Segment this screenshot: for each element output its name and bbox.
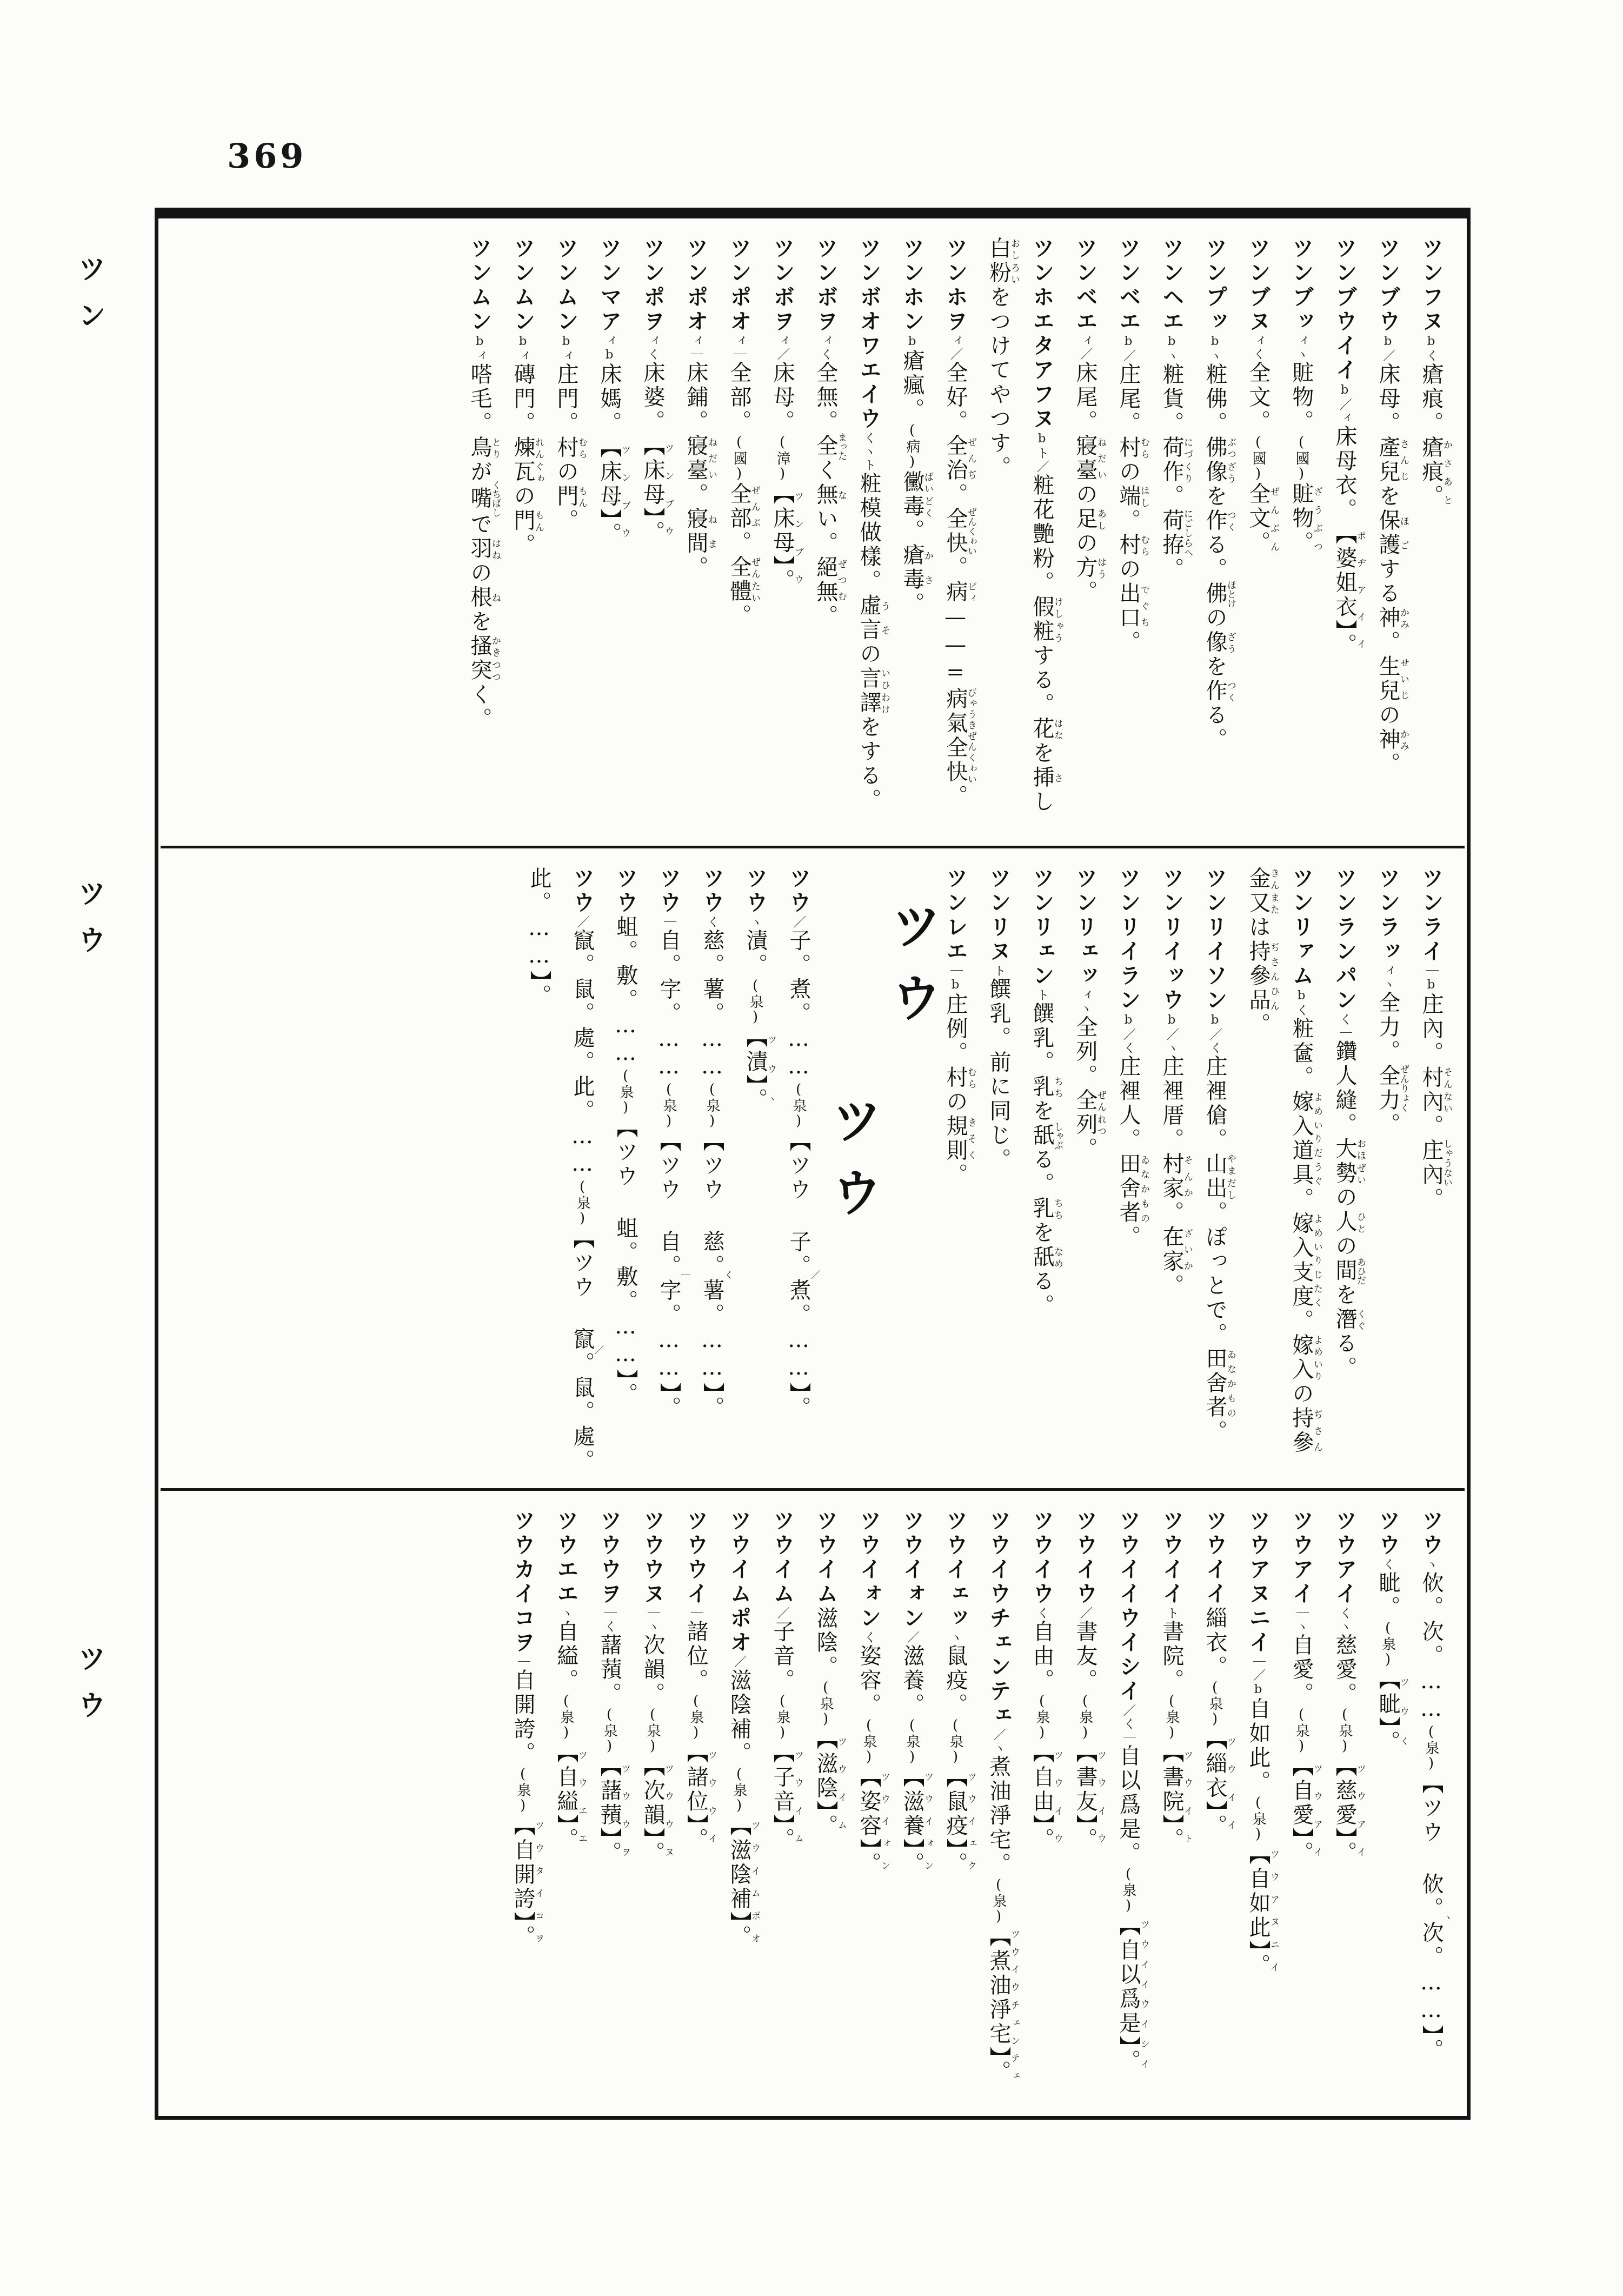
definition-text-with-furigana: 【次韻】。ツウウヌ bbox=[640, 1755, 665, 1866]
definition-text: の bbox=[1202, 606, 1227, 631]
definition-text: は bbox=[1246, 915, 1271, 940]
dictionary-entry: ツウイォンく姿容。(泉)【姿容】。ツウイォン bbox=[847, 1509, 890, 2111]
dictionary-entry: ツウイォン／滋養。(泉)【滋養】。ツウイォン bbox=[890, 1509, 934, 2111]
definition-text: 自愛。 bbox=[1289, 1634, 1314, 1707]
definition-text-with-furigana: 全列ぜんれつ bbox=[1073, 1089, 1097, 1137]
definition-text-with-furigana: 佛像ぶつざう bbox=[1202, 436, 1227, 485]
definition-text-with-furigana: 【書院】。ツウイト bbox=[1159, 1741, 1184, 1852]
dictionary-entry: ツンリァムbく粧奩。嫁入道具よめいりだうぐ。嫁入支度よめいりじたく。嫁入よめいり… bbox=[1236, 867, 1323, 1483]
dialect-marker: (泉) bbox=[1250, 1795, 1266, 1843]
entry-headword: ツンポオ bbox=[683, 237, 709, 334]
entry-headword: ツンボオワエイウ bbox=[856, 237, 882, 432]
definition-text: 自縊。 bbox=[554, 1620, 578, 1693]
definition-text: を bbox=[1375, 485, 1400, 509]
dialect-marker: (泉) bbox=[601, 1707, 617, 1755]
dictionary-entry: ツンランパンく｜鑽人縫。大勢おほぜいの人ひとの間あひだを潛くぐる。 bbox=[1323, 867, 1366, 1483]
dictionary-entry: ツウアイくヽ慈愛。(泉)【慈愛】。ツウアイ bbox=[1323, 1509, 1366, 2111]
entry-tone-marks: ／く｜ bbox=[1121, 1704, 1135, 1744]
entry-definition: 瘡瘋。(病)黴毒ばいどく。瘡毒かさ。 bbox=[900, 349, 924, 616]
definition-text-with-furigana: 【自由】。ツウイウ bbox=[1029, 1741, 1054, 1852]
definition-text-with-furigana: 嫁入道具よめいりだうぐ bbox=[1289, 1090, 1314, 1187]
entry-headword: ツウイォン bbox=[900, 1509, 925, 1631]
entry-headword: ツウイェッ bbox=[943, 1509, 968, 1631]
definition-text: 。 bbox=[943, 556, 968, 580]
definition-text: 鼠疫。 bbox=[943, 1644, 968, 1717]
definition-text: 。ぽっとで。 bbox=[1202, 1201, 1227, 1347]
definition-text: く bbox=[813, 459, 838, 483]
definition-text-with-furigana: 大勢おほぜい bbox=[1332, 1137, 1357, 1186]
entry-tone-marks: ト bbox=[1035, 988, 1049, 1002]
definition-text-with-furigana: 根ね bbox=[467, 586, 492, 610]
dictionary-entry: ツンリイランb／く庄裡人。田舍者ゐなかもの。 bbox=[1107, 867, 1150, 1483]
definition-text-with-furigana: 全快ぜんくゎい bbox=[943, 507, 968, 556]
dialect-marker: (泉) bbox=[558, 1693, 574, 1741]
definition-text-with-furigana: 病氣全快びゃうきぜんくゎい bbox=[943, 687, 968, 785]
entry-headword: ツンプッ bbox=[1202, 237, 1228, 334]
entry-headword: ツンリイラン bbox=[1116, 867, 1141, 1013]
definition-text: 床媽。 bbox=[597, 363, 622, 436]
entry-headword: ツンラッ bbox=[1375, 867, 1401, 964]
definition-text-with-furigana: 保護ほご bbox=[1375, 509, 1400, 558]
dictionary-entry: ツウウヌ｜ヽ次韻。(泉)【次韻】。ツウウヌ bbox=[631, 1509, 674, 2111]
entry-tone-marks: ィく bbox=[1251, 334, 1265, 361]
dictionary-entry: ツンプッbヽ粧佛。佛像ぶつざうを作つくる。佛ほとけの像ざうを作つくる。 bbox=[1193, 237, 1236, 840]
dialect-marker: (泉) bbox=[774, 1693, 790, 1741]
entry-tone-marks: く｜ bbox=[1338, 1013, 1352, 1040]
entry-tone-marks: ィヽ bbox=[1078, 988, 1092, 1016]
entry-tone-marks: ト bbox=[992, 964, 1006, 978]
definition-text: 。 bbox=[1116, 509, 1141, 533]
entry-headword: ツンブッ bbox=[1289, 237, 1314, 334]
entry-tone-marks: ヽ bbox=[748, 915, 762, 929]
dictionary-entry: ツンブウイイb／ィ床母衣。【婆姐衣】。ポヂアイイ bbox=[1323, 237, 1366, 840]
entry-definition: 床媽。【床母】。ツンブウ bbox=[597, 363, 622, 547]
dictionary-entry: ツンホンb瘡瘋。(病)黴毒ばいどく。瘡毒かさ。 bbox=[890, 237, 934, 840]
dialect-marker: (泉) bbox=[1293, 1707, 1309, 1755]
dictionary-entry: ツンボヲィ／床母。(漳)【床母】。ツンブウ bbox=[761, 237, 804, 840]
dictionary-entry: ツンライ｜b庄內。村內そんない。庄內しゃうない。 bbox=[1409, 867, 1453, 1483]
entry-headword: ツンポヲ bbox=[640, 237, 666, 334]
definition-text: 慈。薯。…… bbox=[700, 929, 724, 1081]
dictionary-entry: ツウ／子。煮。……(泉)【ツウ 子。煮。……】。／ bbox=[777, 867, 820, 1483]
entry-tone-marks: b／ィ bbox=[1338, 383, 1352, 425]
entry-headword: ツウカイコヲ bbox=[510, 1509, 536, 1655]
entry-definition: 床母。產兒さんじを保護ほごする神かみ。生兒せいじの神かみ。 bbox=[1375, 363, 1400, 777]
definition-text-with-furigana: 白粉おしろい bbox=[986, 237, 1011, 286]
definition-text-with-furigana: 人ひと bbox=[1332, 1210, 1357, 1235]
entry-definition: 姿容。(泉)【姿容】。ツウイォン bbox=[856, 1644, 881, 1876]
definition-text: 全無。 bbox=[813, 361, 838, 434]
entry-headword: ツンリェン bbox=[1029, 867, 1055, 988]
definition-text: 庄門。 bbox=[554, 363, 578, 436]
entry-headword: ツンランパン bbox=[1332, 867, 1358, 1013]
dictionary-entry: ツウイイト書院。(泉)【書院】。ツウイト bbox=[1150, 1509, 1193, 2111]
definition-text-with-furigana: 【滋陰補】。ツウイムポオ bbox=[727, 1814, 751, 1949]
definition-text: 床母。 bbox=[770, 361, 795, 434]
entry-definition: 子音。(泉)【子音】。ツウイム bbox=[770, 1620, 795, 1852]
entry-tone-marks: bト／ bbox=[1035, 432, 1049, 474]
definition-text-with-furigana: 全力ぜんりょく bbox=[1375, 1064, 1400, 1113]
definition-text-with-furigana: 村むら bbox=[1116, 533, 1141, 558]
definition-text-with-furigana: 田舍者ゐなかもの bbox=[1202, 1347, 1227, 1420]
entry-definition: 床母衣。【婆姐衣】。ポヂアイイ bbox=[1332, 425, 1357, 658]
entry-tone-marks: ィ｜ bbox=[732, 334, 746, 361]
entry-definition: 漬。(泉)【漬】。ツウヽ bbox=[743, 929, 768, 1112]
entry-definition: 全無。全まったく無ない。絕無ぜつむ。 bbox=[813, 361, 838, 629]
definition-text-with-furigana: 金又きんまた bbox=[1246, 867, 1271, 915]
definition-text: ——= bbox=[943, 605, 968, 687]
entry-headword: ツンブウ bbox=[1375, 237, 1401, 334]
definition-text-with-furigana: 虛言うそ bbox=[856, 594, 881, 642]
definition-text: 嗒毛。 bbox=[467, 363, 492, 436]
definition-text: る。 bbox=[1029, 1148, 1054, 1197]
definition-text: 漬。 bbox=[743, 929, 768, 978]
definition-text: 床母。 bbox=[1375, 363, 1400, 436]
definition-text-with-furigana: 【自縊】。ツウエエ bbox=[554, 1741, 578, 1852]
entry-headword: ツンレエ bbox=[943, 867, 968, 964]
entry-tone-marks: ヽ bbox=[1424, 1558, 1438, 1571]
definition-text: る。 bbox=[1202, 533, 1227, 582]
entry-tone-marks: ｜ bbox=[516, 1655, 530, 1669]
dictionary-entry: ツンムンbィ磚門。煉瓦れんぐゎの門もん。 bbox=[501, 237, 544, 840]
entry-tone-marks: ／ bbox=[775, 1607, 789, 1620]
dictionary-entry: ツウイム滋陰。(泉)【滋陰】。ツウイム bbox=[804, 1509, 847, 2111]
definition-text: 。 bbox=[1073, 580, 1097, 605]
dialect-marker: (國) bbox=[1293, 434, 1309, 482]
dialect-marker: (泉) bbox=[688, 1693, 704, 1741]
entry-headword: ツンヘエ bbox=[1159, 237, 1185, 334]
definition-text-with-furigana: 【滋陰】。ツウイム bbox=[813, 1728, 838, 1839]
definition-text-with-furigana: 村むら bbox=[943, 1066, 968, 1090]
dialect-marker: (泉) bbox=[574, 1179, 590, 1227]
definition-text: 庄裡厝。 bbox=[1159, 1055, 1184, 1152]
definition-text: の bbox=[943, 1090, 968, 1114]
definition-text: 。 bbox=[1246, 1013, 1271, 1037]
entry-headword: ツンリヌ bbox=[986, 867, 1012, 964]
entry-definition: 庄門。村むらの門もん。 bbox=[554, 363, 578, 533]
definition-text-with-furigana: 【床母】。ツンブウ bbox=[597, 436, 622, 547]
definition-text: 次韻。 bbox=[640, 1634, 665, 1707]
definition-text-with-furigana: 絕無ぜつむ bbox=[813, 556, 838, 605]
section-header-kana: ツウ bbox=[831, 1094, 874, 1239]
definition-text-with-furigana: 出口でぐち bbox=[1116, 582, 1141, 631]
dictionary-entry: ツウイウく自由。(泉)【自由】。ツウイウ bbox=[1020, 1509, 1063, 2111]
dialect-marker: (病) bbox=[904, 422, 920, 470]
definition-text-with-furigana: 規則きそく bbox=[943, 1114, 968, 1163]
definition-text-with-furigana: 村家そんか bbox=[1159, 1152, 1184, 1201]
dictionary-entry: ツウアヌニイ｜／b自如此。(泉)【自如此】。ツウアヌニイ bbox=[1236, 1509, 1280, 2111]
definition-text: 慈愛。 bbox=[1332, 1634, 1357, 1707]
definition-text: 床鋪。 bbox=[683, 361, 708, 434]
dialect-marker: (泉) bbox=[990, 1877, 1007, 1925]
dictionary-entry: ツンホヲィ／全好。全治ぜんぢ。全快ぜんくゎい。病ピィ——=病氣全快びゃうきぜんく… bbox=[934, 237, 977, 840]
entry-definition: 自如此。(泉)【自如此】。ツウアヌニイ bbox=[1246, 1697, 1271, 1978]
entry-tone-marks: bヽ bbox=[1165, 334, 1179, 363]
entry-headword: ツウ bbox=[570, 867, 595, 915]
entry-headword: ツンリイッウ bbox=[1159, 867, 1185, 1013]
entry-definition: 蛆。敷。……(泉)【ツウ 蛆。敷。……】。 bbox=[613, 915, 638, 1407]
definition-text: 床母衣。 bbox=[1332, 425, 1357, 522]
definition-text-with-furigana: 【自如此】。ツウアヌニイ bbox=[1246, 1843, 1271, 1978]
definition-text: 子音。 bbox=[770, 1620, 795, 1693]
definition-text-with-furigana: 嫁入よめいり bbox=[1289, 1333, 1314, 1382]
definition-text: 藷蕷。 bbox=[597, 1634, 622, 1707]
entry-tone-marks: ィヽ bbox=[1294, 334, 1308, 361]
entry-definition: 自由。(泉)【自由】。ツウイウ bbox=[1029, 1620, 1054, 1852]
entry-headword: ツウ bbox=[786, 867, 811, 915]
definition-text: 全列。 bbox=[1073, 1016, 1097, 1089]
entry-headword: ツウアイ bbox=[1289, 1509, 1314, 1607]
definition-text: 庄尾。 bbox=[1116, 363, 1141, 436]
entry-headword: ツウイイウイシイ bbox=[1116, 1509, 1141, 1704]
definition-text-with-furigana: 【滋養】。ツウイォン bbox=[900, 1766, 924, 1876]
dictionary-entry: ツンリェッィヽ全列。全列ぜんれつ。 bbox=[1063, 867, 1107, 1483]
entry-headword: ツウウヲ bbox=[597, 1509, 622, 1607]
entry-tone-marks: ト bbox=[1165, 1607, 1179, 1620]
definition-text: 。 bbox=[1419, 1114, 1444, 1139]
entry-headword: ツンムン bbox=[510, 237, 536, 334]
definition-text-with-furigana: 山出やまだし bbox=[1202, 1152, 1227, 1201]
dialect-marker: (泉) bbox=[1336, 1707, 1353, 1755]
definition-text: 。 bbox=[1159, 1201, 1184, 1225]
entry-tone-marks: b／ヽ bbox=[1165, 1013, 1179, 1055]
definition-text-with-furigana: 瘡痕。かさあと bbox=[1419, 436, 1444, 509]
entry-tone-marks: ｜ヽ bbox=[646, 1607, 660, 1634]
entry-definition: 粧模做樣。虛言うその言譯いひわけをする。 bbox=[856, 472, 881, 813]
entry-headword: ツンフヌ bbox=[1419, 237, 1444, 334]
definition-text: 。 bbox=[510, 533, 535, 558]
definition-text: を bbox=[1202, 485, 1227, 509]
definition-text: 庄裡傖。 bbox=[1202, 1055, 1227, 1152]
definition-text: の bbox=[1073, 483, 1097, 507]
entry-tone-marks: ／ bbox=[732, 1655, 746, 1669]
dictionary-entry: ツウく眦。(泉)【眦】。ツウく bbox=[1366, 1509, 1409, 2111]
definition-text: の bbox=[510, 485, 535, 509]
definition-text: 。 bbox=[1073, 1137, 1097, 1162]
definition-text-with-furigana: 在家ざいか bbox=[1159, 1225, 1184, 1274]
dialect-marker: (國) bbox=[731, 434, 747, 482]
definition-text: 。 bbox=[1375, 1113, 1400, 1137]
definition-text-with-furigana: 持參ぢさん bbox=[1289, 1406, 1314, 1455]
definition-text-with-furigana: 瘡毒かさ bbox=[900, 543, 924, 592]
definition-text-with-furigana: 寢間ねま bbox=[683, 507, 708, 556]
definition-text-with-furigana: 【慈愛】。ツウアイ bbox=[1332, 1755, 1357, 1866]
dialect-marker: (泉) bbox=[515, 1766, 531, 1814]
entry-tone-marks: くヽ bbox=[1338, 1607, 1352, 1634]
dictionary-entry: ツウイイウイシイ／く｜自以爲是。(泉)【自以爲是】。ツウイイウイシイ bbox=[1107, 1509, 1150, 2111]
definition-text: をつけてやつす。 bbox=[986, 286, 1011, 480]
definition-text: し bbox=[1029, 790, 1054, 814]
dictionary-entry: ツウイイ緇衣。(泉)【緇衣】。ツウイイ bbox=[1193, 1509, 1236, 2111]
definition-text-with-furigana: 【ツウ 佽。次。……】。ヽ bbox=[1419, 1772, 1444, 2063]
entry-headword: ツウ bbox=[700, 867, 725, 915]
definition-text: 佽。次。…… bbox=[1419, 1571, 1444, 1724]
entry-headword: ツウイイ bbox=[1159, 1509, 1185, 1607]
dialect-marker: (泉) bbox=[747, 978, 763, 1026]
entry-tone-marks: ｜b bbox=[948, 964, 962, 993]
entry-headword: ツンライ bbox=[1419, 867, 1444, 964]
entry-tone-marks: ィ｜ bbox=[689, 334, 703, 361]
definition-text: 饌乳。 bbox=[986, 978, 1011, 1051]
definition-text: 磚門。 bbox=[510, 363, 535, 436]
entry-headword: ツウ bbox=[1375, 1509, 1401, 1558]
entry-headword: ツウ bbox=[1419, 1509, 1444, 1558]
definition-text: 。 bbox=[943, 785, 968, 809]
entry-tone-marks: ／ bbox=[791, 915, 806, 929]
definition-text-with-furigana: 羽はね bbox=[467, 537, 492, 561]
dictionary-entry: ツンブウb／床母。產兒さんじを保護ほごする神かみ。生兒せいじの神かみ。 bbox=[1366, 237, 1409, 840]
definition-text: 。 bbox=[1375, 631, 1400, 655]
definition-text-with-furigana: 【諸位】。ツウウイ bbox=[683, 1741, 708, 1852]
dictionary-entry: ツンムンbィ嗒毛。鳥とりが嘴くちばしで羽はねの根ねを搔突かきつつく。 bbox=[458, 237, 501, 840]
definition-text: 。 bbox=[943, 483, 968, 507]
entry-definition: 緇衣。(泉)【緇衣】。ツウイイ bbox=[1202, 1607, 1227, 1839]
dialect-marker: (泉) bbox=[1077, 1693, 1093, 1741]
definition-text-with-furigana: 舐しゃぶ bbox=[1029, 1124, 1054, 1148]
dictionary-entry: ツンマアィb床媽。【床母】。ツンブウ bbox=[588, 237, 631, 840]
definition-text: 床尾。 bbox=[1073, 361, 1097, 434]
definition-text: 。 bbox=[727, 604, 751, 628]
entry-headword: ツンポオ bbox=[727, 237, 752, 334]
dictionary-entry: ツウ／竄。鼠。處。此。……(泉)【ツウ 竄。鼠。處。此。……】。／ bbox=[517, 867, 604, 1483]
definition-text-with-furigana: 全治ぜんぢ bbox=[943, 434, 968, 483]
definition-text-with-furigana: 神かみ bbox=[1375, 728, 1400, 752]
entry-definition: 滋養。(泉)【滋養】。ツウイォン bbox=[900, 1644, 924, 1876]
definition-text: 全力。 bbox=[1375, 991, 1400, 1064]
entry-headword: ツウイイ bbox=[1202, 1509, 1228, 1607]
entry-headword: ツンボヲ bbox=[813, 237, 839, 334]
entry-definition: 庄內。村內そんない。庄內しゃうない。 bbox=[1419, 993, 1444, 1212]
entry-headword: ツンホエタアフヌ bbox=[1029, 237, 1055, 432]
definition-text-with-furigana: 方はう bbox=[1073, 556, 1097, 580]
definition-text: 【ツウ 蛆。敷。……】。 bbox=[613, 1116, 638, 1407]
definition-text-with-furigana: 庄內しゃうない bbox=[1419, 1139, 1444, 1187]
dictionary-entry: ツンフヌbく瘡痕。瘡痕。かさあと bbox=[1409, 237, 1453, 840]
definition-text: の bbox=[467, 561, 492, 586]
entry-tone-marks: ｜／b bbox=[1251, 1655, 1265, 1697]
dictionary-entry: ツウイムポオ／滋陰補。(泉)【滋陰補】。ツウイムポオ bbox=[717, 1509, 761, 2111]
entry-definition: 鼠疫。(泉)【鼠疫】。ツウイェク bbox=[943, 1644, 968, 1876]
definition-text: 書友。 bbox=[1073, 1620, 1097, 1693]
definition-text-with-furigana: 言譯いひわけ bbox=[856, 667, 881, 715]
entry-tone-marks: ／ bbox=[1078, 1607, 1092, 1620]
margin-section-label-tsuu-bottom: ツウ bbox=[69, 1644, 110, 1737]
entry-definition: 庄裡人。田舍者ゐなかもの。 bbox=[1116, 1055, 1141, 1250]
definition-text-with-furigana: 門もん bbox=[510, 509, 535, 533]
entry-definition: 滋陰補。(泉)【滋陰補】。ツウイムポオ bbox=[727, 1669, 751, 1949]
entry-tone-marks: b／く bbox=[1121, 1013, 1135, 1055]
entry-definition: 眦。(泉)【眦】。ツウく bbox=[1375, 1571, 1400, 1755]
dialect-marker: (泉) bbox=[947, 1717, 963, 1766]
definition-text-with-furigana: 神かみ bbox=[1375, 606, 1400, 631]
entry-headword: ツンリイソン bbox=[1202, 867, 1228, 1013]
entry-definition: 庄裡傖。山出やまだし。ぽっとで。田舍者ゐなかもの。 bbox=[1202, 1055, 1227, 1444]
entry-tone-marks: く bbox=[1035, 1607, 1049, 1620]
definition-text-with-furigana: 端はし bbox=[1116, 485, 1141, 509]
definition-text: の bbox=[1289, 1382, 1314, 1406]
definition-text: 。 bbox=[1159, 485, 1184, 509]
entry-definition: 諸位。(泉)【諸位】。ツウウイ bbox=[683, 1620, 708, 1852]
definition-text-with-furigana: 田舍者ゐなかもの bbox=[1116, 1152, 1141, 1225]
dictionary-entry: ツウイウチェンテェ／ヽ煮油淨宅。(泉)【煮油淨宅】。ツウイウチェンテェ bbox=[977, 1509, 1020, 2111]
definition-text: 前に同じ。 bbox=[986, 1051, 1011, 1172]
entry-tone-marks: ィ／ bbox=[948, 334, 962, 361]
definition-text-with-furigana: 【書友】。ツウイウ bbox=[1073, 1741, 1097, 1852]
definition-text: 。 bbox=[943, 1163, 968, 1187]
definition-text-with-furigana: 作つく bbox=[1202, 509, 1227, 533]
definition-text: 。 bbox=[813, 605, 838, 629]
entry-tone-marks: く bbox=[862, 1631, 876, 1644]
definition-text: く。 bbox=[467, 683, 492, 732]
entry-tone-marks: ／ bbox=[575, 915, 589, 929]
entry-definition: 粧貨。荷作にづくり。荷拵にごしらへ。 bbox=[1159, 363, 1184, 582]
definition-text: る。 bbox=[1332, 1332, 1357, 1381]
entry-tone-marks: b bbox=[905, 334, 919, 349]
definition-text: 。 bbox=[554, 509, 578, 533]
dictionary-entry: ツウイェッヽ鼠疫。(泉)【鼠疫】。ツウイェク bbox=[934, 1509, 977, 2111]
entry-definition: 瘡痕。瘡痕。かさあと bbox=[1419, 363, 1444, 509]
definition-text-with-furigana: 嫁入支度よめいりじたく bbox=[1289, 1212, 1314, 1309]
dictionary-entry: ツンポヲィく床婆。【床母】。ツンブウ bbox=[631, 237, 674, 840]
entry-definition: 全好。全治ぜんぢ。全快ぜんくゎい。病ピィ——=病氣全快びゃうきぜんくゎい。 bbox=[943, 361, 968, 809]
dictionary-entry: ツウカイコヲ｜自開誇。(泉)【自開誇】。ツウタイコヲ bbox=[501, 1509, 544, 2111]
dictionary-entry: ツンベエィ／床尾。寢臺ねだいの足あしの方はう。 bbox=[1063, 237, 1107, 840]
definition-text-with-furigana: 黴毒ばいどく bbox=[900, 470, 924, 519]
definition-text-with-furigana: 花はな bbox=[1029, 717, 1054, 741]
dictionary-entry: ツウイム／子音。(泉)【子音】。ツウイム bbox=[761, 1509, 804, 2111]
dialect-marker: (泉) bbox=[817, 1680, 834, 1728]
definition-text: の bbox=[1332, 1235, 1357, 1259]
definition-text: 賍物。 bbox=[1289, 361, 1314, 434]
definition-text-with-furigana: 全文。ぜんぶん bbox=[1246, 482, 1271, 555]
entry-definition: 粧佛。佛像ぶつざうを作つくる。佛ほとけの像ざうを作つくる。 bbox=[1202, 363, 1227, 752]
definition-text-with-furigana: 【ツウ 子。煮。……】。／ bbox=[786, 1130, 811, 1421]
definition-text: 粧佛。 bbox=[1202, 363, 1227, 436]
entry-definition: 煮油淨宅。(泉)【煮油淨宅】。ツウイウチェンテェ bbox=[986, 1755, 1011, 2085]
definition-text: 。 bbox=[683, 483, 708, 507]
definition-text: 庄例。 bbox=[943, 993, 968, 1066]
definition-text: 。 bbox=[1419, 1187, 1444, 1212]
entry-headword: ツンホン bbox=[900, 237, 925, 334]
text-frame: ツンフヌbく瘡痕。瘡痕。かさあとツンブウb／床母。產兒さんじを保護ほごする神かみ… bbox=[155, 208, 1471, 2120]
definition-text-with-furigana: 乳ちち bbox=[1029, 1197, 1054, 1221]
dialect-marker: (泉) bbox=[704, 1081, 720, 1130]
definition-text: の bbox=[1116, 558, 1141, 582]
entry-definition: 賍物。(國)賍物。ざうぶつ bbox=[1289, 361, 1314, 555]
definition-text-with-furigana: 無な bbox=[813, 483, 838, 507]
entry-headword: ツウアイ bbox=[1332, 1509, 1358, 1607]
definition-text-with-furigana: 【子音】。ツウイム bbox=[770, 1741, 795, 1852]
entry-definition: 庄例。村むらの規則きそく。 bbox=[943, 993, 968, 1187]
definition-text-with-furigana: 賍物。ざうぶつ bbox=[1289, 482, 1314, 555]
definition-text: 滋陰補。 bbox=[727, 1669, 751, 1766]
entry-definition: 床母。(漳)【床母】。ツンブウ bbox=[770, 361, 795, 593]
entry-definition: 床婆。【床母】。ツンブウ bbox=[640, 361, 665, 545]
definition-text: 粧奩。 bbox=[1289, 1017, 1314, 1090]
entry-headword: ツンボヲ bbox=[770, 237, 795, 334]
dictionary-entry: ツウウヲ｜く藷蕷。(泉)【藷蕷】。ツウウヲ bbox=[588, 1509, 631, 2111]
entry-definition: 自開誇。(泉)【自開誇】。ツウタイコヲ bbox=[510, 1669, 535, 1949]
dialect-marker: (泉) bbox=[661, 1081, 677, 1130]
definition-text-with-furigana: 【鼠疫】。ツウイェク bbox=[943, 1766, 968, 1876]
entry-definition: 全文。(國)全文。ぜんぶん bbox=[1246, 361, 1271, 555]
entry-headword: ツウ bbox=[613, 867, 638, 915]
entry-definition: 庄裡厝。村家そんか。在家ざいか。 bbox=[1159, 1055, 1184, 1298]
definition-text-with-furigana: 荷拵にごしらへ bbox=[1159, 509, 1184, 558]
definition-text-with-furigana: 【姿容】。ツウイォン bbox=[856, 1766, 881, 1876]
entry-headword: ツンベエ bbox=[1073, 237, 1098, 334]
entry-tone-marks: ィ／ bbox=[775, 334, 789, 361]
